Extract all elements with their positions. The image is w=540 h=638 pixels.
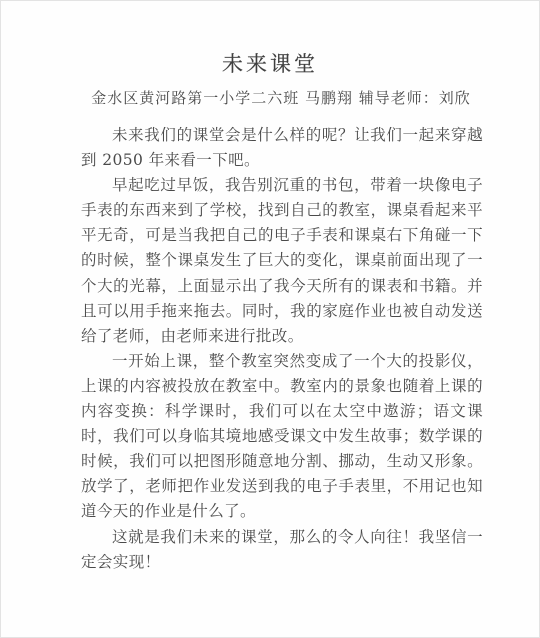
- essay-title: 未来课堂: [81, 51, 481, 77]
- essay-body: 未来我们的课堂会是什么样的呢？让我们一起来穿越到 2050 年来看一下吧。 早起…: [81, 123, 483, 575]
- essay-paragraph: 一开始上课，整个教室突然变成了一个大的投影仪，上课的内容被投放在教室中。教室内的…: [81, 349, 483, 525]
- essay-paragraph: 这就是我们未来的课堂，那么的令人向往！我坚信一定会实现！: [81, 525, 483, 575]
- essay-byline: 金水区黄河路第一小学二六班 马鹏翔 辅导老师：刘欣: [61, 87, 501, 109]
- essay-paragraph: 早起吃过早饭，我告别沉重的书包，带着一块像电子手表的东西来到了学校，找到自己的教…: [81, 173, 483, 349]
- essay-paragraph: 未来我们的课堂会是什么样的呢？让我们一起来穿越到 2050 年来看一下吧。: [81, 123, 483, 173]
- document-page: 未来课堂 金水区黄河路第一小学二六班 马鹏翔 辅导老师：刘欣 未来我们的课堂会是…: [0, 0, 540, 638]
